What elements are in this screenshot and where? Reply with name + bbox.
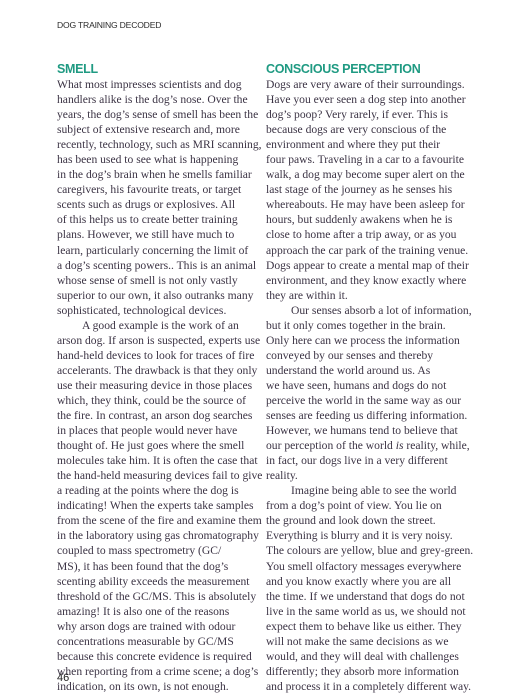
text-line: caregivers, his favourite treats, or tar… [57, 182, 262, 197]
text-line: the time. If we understand that dogs do … [266, 589, 481, 604]
text-line: You smell olfactory messages everywhere [266, 559, 481, 574]
text-line: would, and they will deal with challenge… [266, 649, 481, 664]
text-line: walk, a dog may become super alert on th… [266, 167, 481, 182]
text-line: years, the dog’s sense of smell has been… [57, 107, 262, 122]
text-line: superior to our own, it also outranks ma… [57, 288, 262, 303]
text-line: molecules take him. It is often the case… [57, 453, 262, 468]
text-line: conveyed by our senses and thereby [266, 348, 481, 363]
text-line: expect them to behave like us either. Th… [266, 619, 481, 634]
text-line: in the laboratory using gas chromatograp… [57, 528, 262, 543]
text-line: Have you ever seen a dog step into anoth… [266, 92, 481, 107]
column-conscious-perception: CONSCIOUS PERCEPTION Dogs are very aware… [266, 61, 481, 694]
text-line: and process it in a completely different… [266, 679, 481, 694]
text-line: accelerants. The drawback is that they o… [57, 363, 262, 378]
text-line: and you know exactly where you are all [266, 574, 481, 589]
text-line: which, they think, could be the source o… [57, 393, 262, 408]
text-line: What most impresses scientists and dog [57, 77, 262, 92]
text-line: Dogs appear to create a mental map of th… [266, 258, 481, 273]
text-line: arson dog. If arson is suspected, expert… [57, 333, 262, 348]
text-line: learn, particularly concerning the limit… [57, 243, 262, 258]
text-line: close to home after a trip away, or as y… [266, 227, 481, 242]
text-line: plans. However, we still have much to [57, 227, 262, 242]
text-line: sophisticated, technological devices. [57, 303, 262, 318]
text-line: Everything is blurry and it is very nois… [266, 528, 481, 543]
body-text-conscious-perception: Dogs are very aware of their surrounding… [266, 77, 481, 694]
text-line: hours, but suddenly awakens when he is [266, 212, 481, 227]
text-line: the fire. In contrast, an arson dog sear… [57, 408, 262, 423]
text-line: Only here can we process the information [266, 333, 481, 348]
text-line: the ground and look down the street. [266, 513, 481, 528]
text-line: perceive the world in the same way as ou… [266, 393, 481, 408]
column-smell: SMELL What most impresses scientists and… [57, 61, 262, 694]
text-line: why arson dogs are trained with odour [57, 619, 262, 634]
section-heading-smell: SMELL [57, 61, 262, 77]
text-line: A good example is the work of an [57, 318, 262, 333]
section-heading-conscious-perception: CONSCIOUS PERCEPTION [266, 61, 481, 77]
text-line: scenting ability exceeds the measurement [57, 574, 262, 589]
text-line: because dogs are very conscious of the [266, 122, 481, 137]
text-line: when reporting from a crime scene; a dog… [57, 664, 262, 679]
text-line: we have seen, humans and dogs do not [266, 378, 481, 393]
text-line: differently; they absorb more informatio… [266, 664, 481, 679]
text-line: approach the car park of the training ve… [266, 243, 481, 258]
text-line: a reading at the points where the dog is [57, 483, 262, 498]
text-line: amazing! It is also one of the reasons [57, 604, 262, 619]
text-line: Our senses absorb a lot of information, [266, 303, 481, 318]
text-line: hand-held devices to look for traces of … [57, 348, 262, 363]
text-line: from the scene of the fire and examine t… [57, 513, 262, 528]
text-line: they are within it. [266, 288, 481, 303]
page-number: 46 [57, 672, 69, 684]
text-line: four paws. Traveling in a car to a favou… [266, 152, 481, 167]
text-line: indication, on its own, is not enough. [57, 679, 262, 694]
text-line: of this helps us to create better traini… [57, 212, 262, 227]
text-line: recently, technology, such as MRI scanni… [57, 137, 262, 152]
text-line: environment, and they know exactly where [266, 273, 481, 288]
text-line: because this concrete evidence is requir… [57, 649, 262, 664]
text-line: reality. [266, 468, 481, 483]
text-line: concentrations measurable by GC/MS [57, 634, 262, 649]
text-line: threshold of the GC/MS. This is absolute… [57, 589, 262, 604]
text-line: scents such as drugs or explosives. All [57, 197, 262, 212]
text-line: whose sense of smell is not only vastly [57, 273, 262, 288]
text-line: in the dog’s brain when he smells famili… [57, 167, 262, 182]
text-line: The colours are yellow, blue and grey-gr… [266, 543, 481, 558]
text-line: MS), it has been found that the dog’s [57, 559, 262, 574]
text-line: However, we humans tend to believe that [266, 423, 481, 438]
text-line: handlers alike is the dog’s nose. Over t… [57, 92, 262, 107]
text-line: from a dog’s point of view. You lie on [266, 498, 481, 513]
text-line: senses are feeding us differing informat… [266, 408, 481, 423]
text-line: our perception of the world is reality, … [266, 438, 481, 453]
text-line: thought of. He just goes where the smell [57, 438, 262, 453]
body-text-smell: What most impresses scientists and dogha… [57, 77, 262, 694]
text-line: has been used to see what is happening [57, 152, 262, 167]
text-line: indicating! When the experts take sample… [57, 498, 262, 513]
text-line: Imagine being able to see the world [266, 483, 481, 498]
text-line: subject of extensive research and, more [57, 122, 262, 137]
text-line: a dog’s scenting powers.. This is an ani… [57, 258, 262, 273]
text-line: but it only comes together in the brain. [266, 318, 481, 333]
text-line: environment and where they put their [266, 137, 481, 152]
text-line: last stage of the journey as he senses h… [266, 182, 481, 197]
text-line: use their measuring device in those plac… [57, 378, 262, 393]
text-line: understand the world around us. As [266, 363, 481, 378]
text-line: in fact, our dogs live in a very differe… [266, 453, 481, 468]
text-line: whereabouts. He may have been asleep for [266, 197, 481, 212]
text-line: coupled to mass spectrometry (GC/ [57, 543, 262, 558]
text-line: in places that people would never have [57, 423, 262, 438]
text-line: the hand-held measuring devices fail to … [57, 468, 262, 483]
text-line: Dogs are very aware of their surrounding… [266, 77, 481, 92]
text-line: will not make the same decisions as we [266, 634, 481, 649]
running-head: DOG TRAINING DECODED [57, 20, 161, 30]
text-line: live in the same world as us, we should … [266, 604, 481, 619]
text-line: dog’s poop? Very rarely, if ever. This i… [266, 107, 481, 122]
emphasis: is [396, 439, 404, 452]
